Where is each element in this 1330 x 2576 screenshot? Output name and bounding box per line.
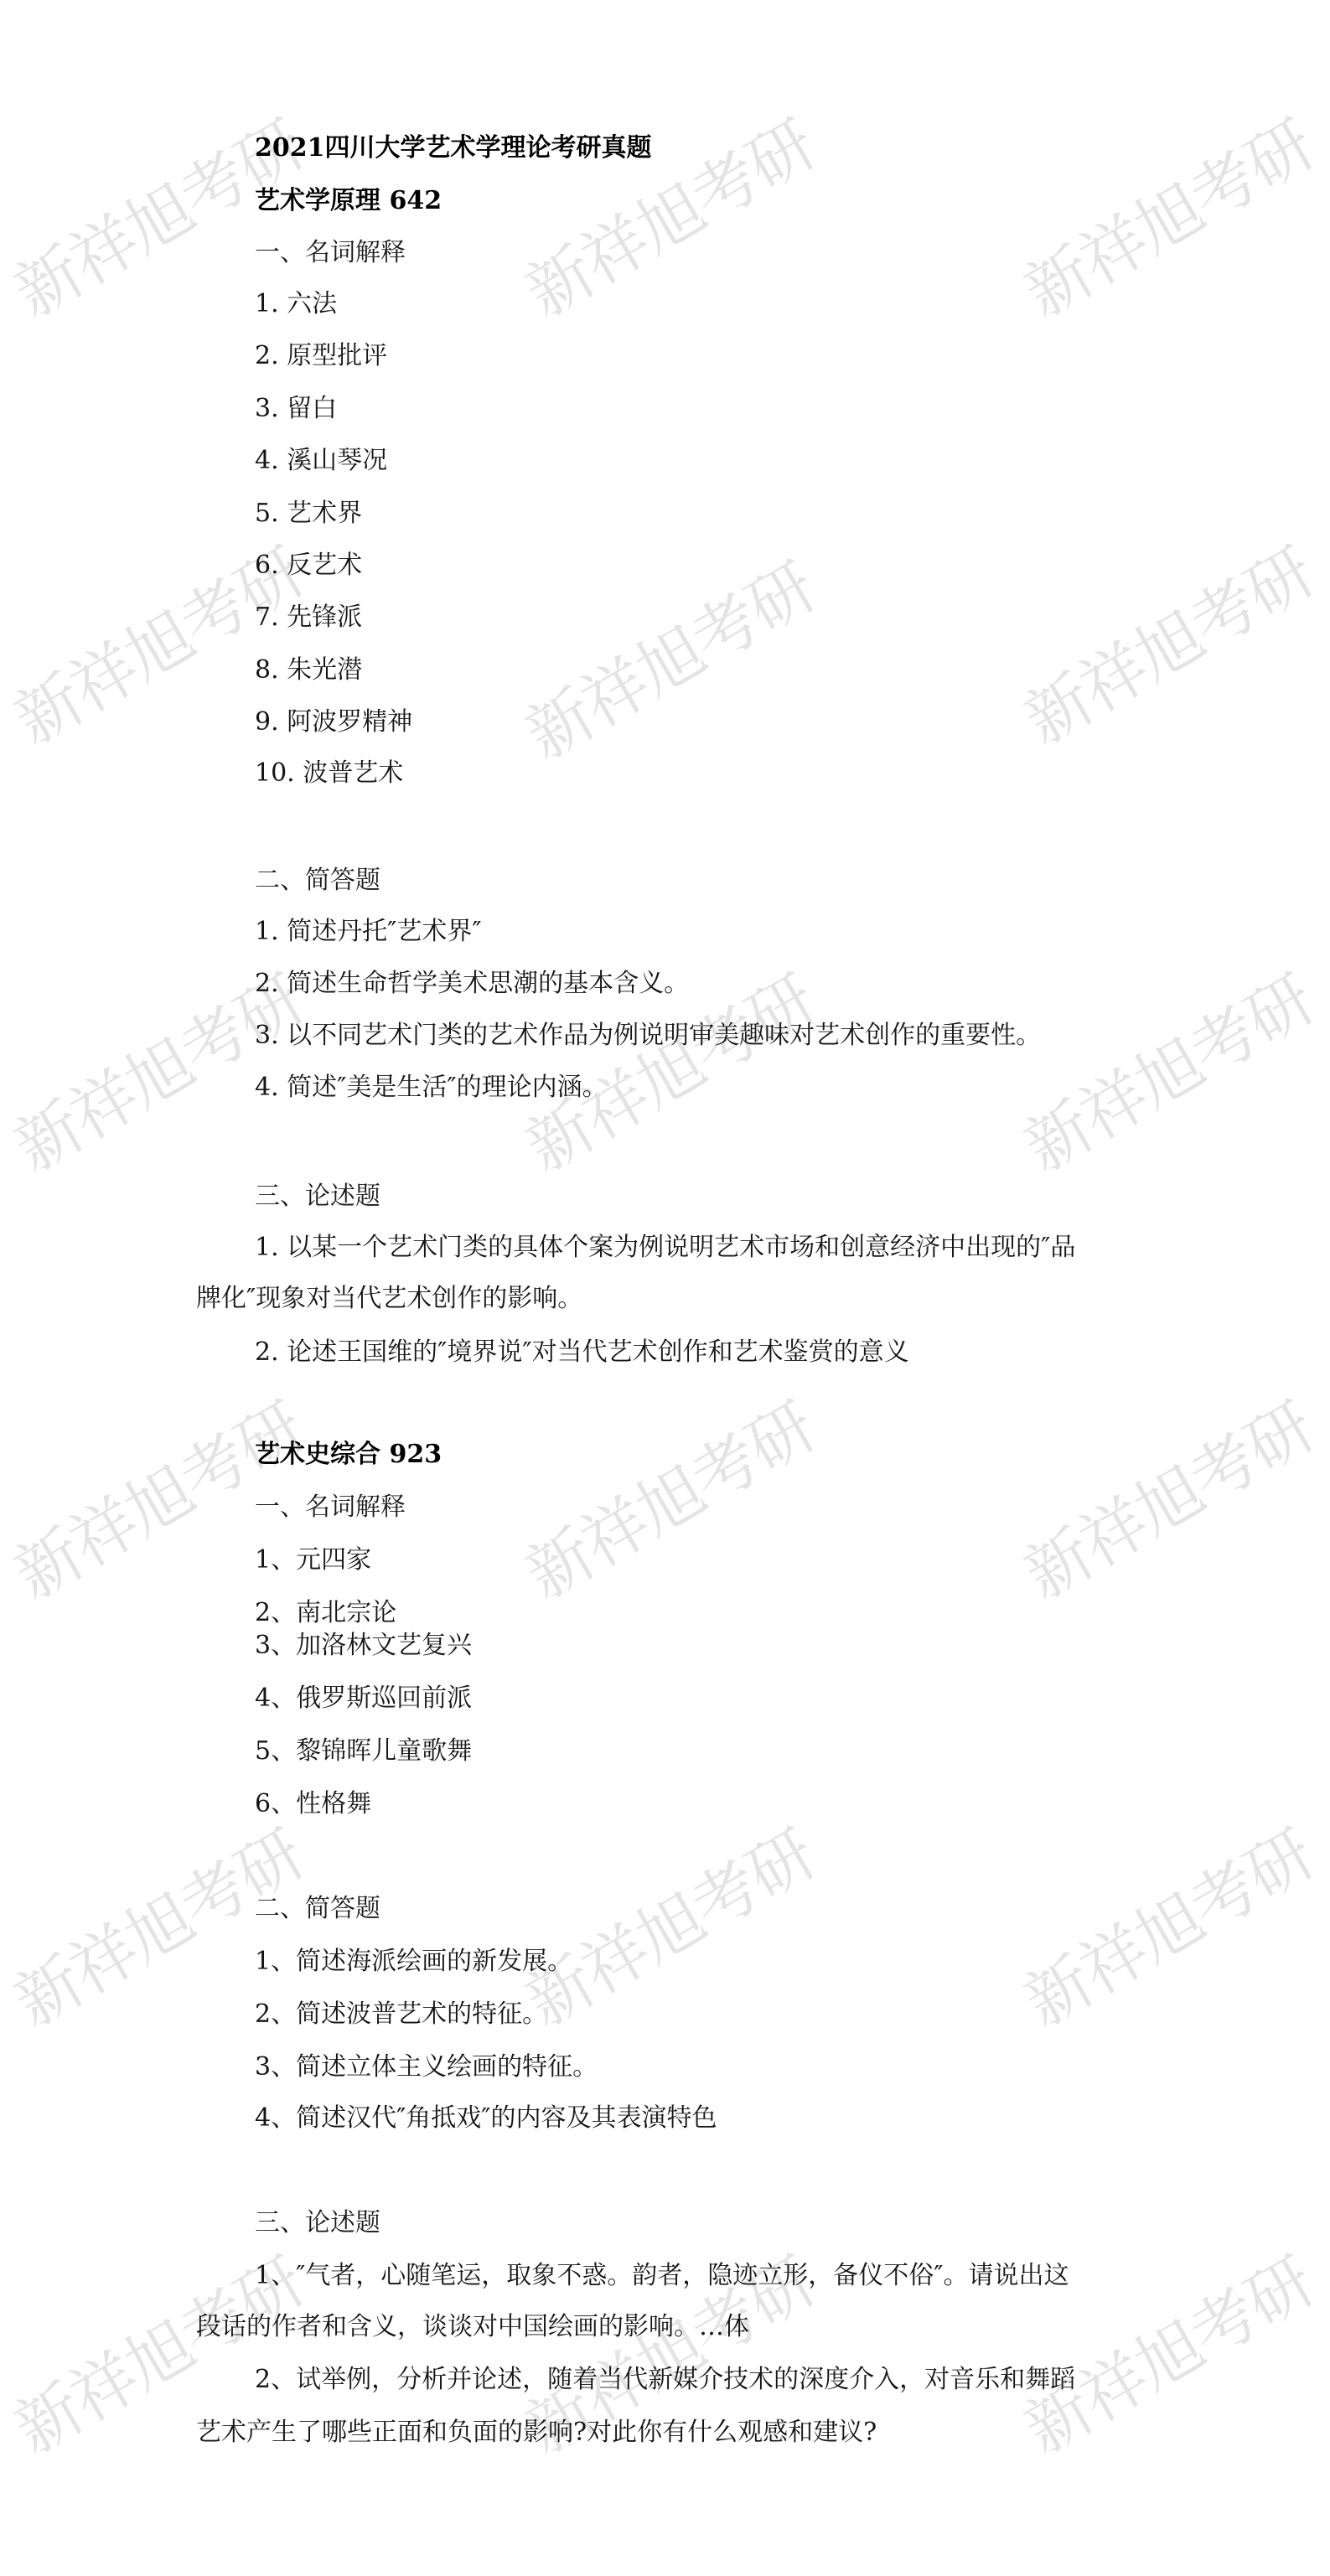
list-item: 2. 简述生命哲学美术思潮的基本含义。: [255, 967, 689, 1001]
section-heading-terms: 一、名词解释: [255, 1491, 406, 1524]
section-heading-essay: 三、论述题: [255, 1180, 380, 1213]
exam-title-923: 艺术史综合 923: [255, 1438, 442, 1472]
list-item: 4. 简述″美是生活″的理论内涵。: [255, 1071, 608, 1104]
list-item: 4、简述汉代″角抵戏″的内容及其表演特色: [255, 2102, 717, 2135]
section-heading-essay: 三、论述题: [255, 2206, 380, 2240]
section-heading-short-answer: 二、简答题: [255, 1892, 380, 1926]
document-title: 2021四川大学艺术学理论考研真题: [255, 132, 652, 165]
list-item: 1、简述海派绘画的新发展。: [255, 1945, 572, 1979]
list-item: 7. 先锋派: [255, 601, 362, 634]
list-item: 1、元四家: [255, 1544, 371, 1577]
section-heading-terms: 一、名词解释: [255, 236, 406, 270]
list-item: 2、南北宗论: [255, 1596, 396, 1630]
list-item: 1. 简述丹托″艺术界″: [255, 915, 482, 949]
list-item: 1. 六法: [255, 287, 337, 321]
list-item: 2. 原型批评: [255, 339, 387, 373]
list-item: 9. 阿波罗精神: [255, 706, 412, 739]
list-item: 8. 朱光潜: [255, 654, 362, 687]
essay-question-line: 2、试举例，分析并论述，随着当代新媒介技术的深度介入，对音乐和舞蹈: [255, 2363, 1075, 2397]
list-item: 4. 溪山琴况: [255, 444, 387, 478]
exam-title-642: 艺术学原理 642: [255, 184, 442, 218]
essay-question-line: 1. 以某一个艺术门类的具体个案为例说明艺术市场和创意经济中出现的″品: [255, 1231, 1075, 1265]
list-item: 6. 反艺术: [255, 549, 362, 582]
essay-question-line: 1、″气者，心随笔运，取象不惑。韵者，隐迹立形，备仪不俗″。请说出这: [255, 2259, 1069, 2293]
list-item: 3、简述立体主义绘画的特征。: [255, 2051, 598, 2084]
document-page: 2021四川大学艺术学理论考研真题 艺术学原理 642 一、名词解释 1. 六法…: [0, 0, 1330, 2576]
list-item: 3. 留白: [255, 392, 337, 426]
essay-question-continuation: 牌化″现象对当代艺术创作的影响。: [196, 1282, 582, 1316]
list-item: 10. 波普艺术: [255, 757, 403, 790]
list-item: 4、俄罗斯巡回前派: [255, 1682, 472, 1715]
section-heading-short-answer: 二、简答题: [255, 864, 380, 897]
list-item: 3. 以不同艺术门类的艺术作品为例说明审美趣味对艺术创作的重要性。: [255, 1019, 1041, 1053]
list-item: 3、加洛林文艺复兴: [255, 1629, 472, 1663]
essay-question-continuation: 段话的作者和含义，谈谈对中国绘画的影响。…体: [196, 2310, 749, 2344]
list-item: 5、黎锦晖儿童歌舞: [255, 1735, 472, 1768]
essay-question-line: 2. 论述王国维的″境界说″对当代艺术创作和艺术鉴赏的意义: [255, 1336, 909, 1369]
list-item: 2、简述波普艺术的特征。: [255, 1998, 547, 2031]
list-item: 5. 艺术界: [255, 497, 362, 530]
list-item: 6、性格舞: [255, 1787, 371, 1821]
essay-question-continuation: 艺术产生了哪些正面和负面的影响?对此你有什么观感和建议?: [196, 2416, 877, 2449]
